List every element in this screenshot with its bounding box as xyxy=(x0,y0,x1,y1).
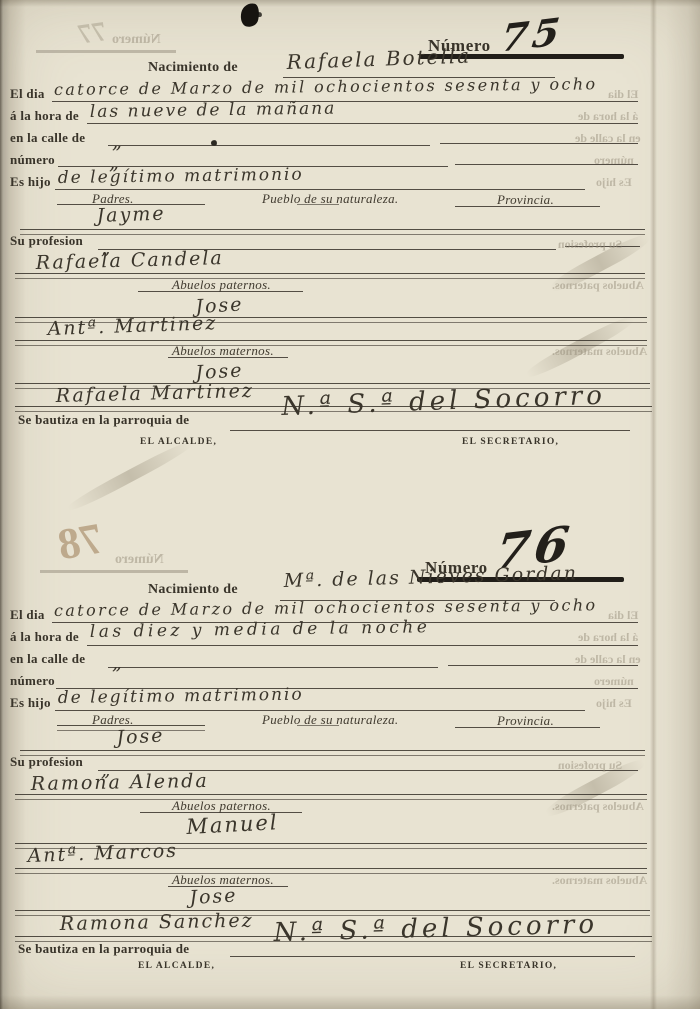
ghost-profesion-label: Su profesion xyxy=(558,758,622,773)
numcasa-label: número xyxy=(10,673,55,689)
secretario-label: EL SECRETARIO, xyxy=(462,437,559,447)
ghost-hora-label: á la hora de xyxy=(578,109,638,124)
rule xyxy=(230,956,635,957)
calle-label: en la calle de xyxy=(10,651,85,667)
parroquia-label: Se bautiza en la parroquia de xyxy=(18,412,189,428)
rule xyxy=(108,667,438,668)
dia-label: El dia xyxy=(10,607,45,623)
rule-double xyxy=(15,273,645,279)
nacimiento-value: Mª. de las Nieves Gordan xyxy=(283,562,578,592)
hijo-value: de legítimo matrimonio xyxy=(58,685,304,708)
dia-label: El dia xyxy=(10,86,45,102)
calle-label: en la calle de xyxy=(10,130,85,146)
dia-value: catorce de Marzo de mil ochocientos sese… xyxy=(54,74,598,99)
ghost-profesion-label: Su profesion xyxy=(558,237,622,252)
hora-value: las diez y media de la noche xyxy=(90,617,431,642)
rule xyxy=(455,206,600,207)
rule xyxy=(87,123,638,124)
alcalde-label: EL ALCALDE, xyxy=(138,961,215,971)
madre-value: Ramona Alenda xyxy=(31,770,209,795)
ghost-calle-label: en la calle de xyxy=(575,652,641,667)
hora-label: á la hora de xyxy=(10,629,79,645)
ghost-ab-mat-header: Abuelos maternos. xyxy=(552,344,647,359)
ghost-hora-label: á la hora de xyxy=(578,630,638,645)
nacimiento-label: Nacimiento de xyxy=(148,60,238,76)
paper-smudge xyxy=(65,438,194,514)
nacimiento-label: Nacimiento de xyxy=(148,582,238,598)
hora-label: á la hora de xyxy=(10,108,79,124)
padre-value: Jayme xyxy=(96,203,166,227)
ghost-ab-pat-header: Abuelos paternos. xyxy=(552,799,644,814)
rule xyxy=(230,430,630,431)
ghost-ab-mat-header: Abuelos maternos. xyxy=(552,873,647,888)
ink-blot-drip xyxy=(256,11,263,17)
abuela-paterna-value: Antª. Marcos xyxy=(27,840,178,867)
nacimiento-value: Rafaela Botella xyxy=(286,44,471,74)
ghost-numero-label: Número xyxy=(115,552,164,568)
ghost-numero-value: 77 xyxy=(76,16,108,52)
hijo-value: de legítimo matrimonio xyxy=(58,165,304,188)
abuelo-materno-value: Jose xyxy=(189,885,238,909)
ghost-numero-value: 78 xyxy=(54,513,106,571)
hora-value: las nueve de la mañana xyxy=(90,99,337,122)
numero-value: 75 xyxy=(498,8,566,60)
ghost-hijo-label: Es hijo xyxy=(596,696,632,711)
ghost-dia-label: El dia xyxy=(608,608,638,623)
dia-value: catorce de Marzo de mil ochocientos sese… xyxy=(54,595,598,620)
ghost-bar xyxy=(40,570,188,573)
parroquia-label: Se bautiza en la parroquia de xyxy=(18,941,189,957)
rule xyxy=(168,357,288,358)
rule xyxy=(455,727,600,728)
ghost-ab-pat-header: Abuelos paternos. xyxy=(552,278,644,293)
ghost-numcasa-label: número xyxy=(594,153,634,168)
profesion-label: Su profesion xyxy=(10,754,83,770)
abuelo-paterno-value: Manuel xyxy=(186,810,279,839)
ghost-bar xyxy=(36,50,176,53)
calle-value: „ xyxy=(112,131,124,153)
rule xyxy=(138,291,303,292)
rule-double xyxy=(20,750,645,756)
padre-value: Jose xyxy=(116,725,165,749)
numcasa-label: número xyxy=(10,152,55,168)
rule-double xyxy=(20,229,645,235)
registry-page: 77 Número Número 75 Nacimiento de Rafael… xyxy=(0,0,700,1009)
abuela-materna-value: Ramona Sanchez xyxy=(60,910,254,935)
hijo-label: Es hijo xyxy=(10,695,51,711)
rule xyxy=(87,645,638,646)
calle-value: „ xyxy=(112,652,124,674)
madre-value: Rafaela Candela xyxy=(35,247,224,274)
rule xyxy=(108,145,430,146)
hijo-label: Es hijo xyxy=(10,174,51,190)
ghost-dia-label: El dia xyxy=(608,87,638,102)
abuela-materna-value: Rafaela Martinez xyxy=(55,380,254,407)
rule xyxy=(297,204,339,205)
abuela-paterna-value: Antª. Martinez xyxy=(47,312,217,340)
paper-crease xyxy=(650,0,657,1009)
ghost-hijo-label: Es hijo xyxy=(596,175,632,190)
profesion-label: Su profesion xyxy=(10,233,83,249)
ghost-calle-label: en la calle de xyxy=(575,131,641,146)
rule xyxy=(297,725,339,726)
alcalde-label: EL ALCALDE, xyxy=(140,437,217,447)
ghost-numcasa-label: número xyxy=(594,674,634,689)
ghost-numero-label: Número xyxy=(112,32,161,48)
secretario-label: EL SECRETARIO, xyxy=(460,961,557,971)
